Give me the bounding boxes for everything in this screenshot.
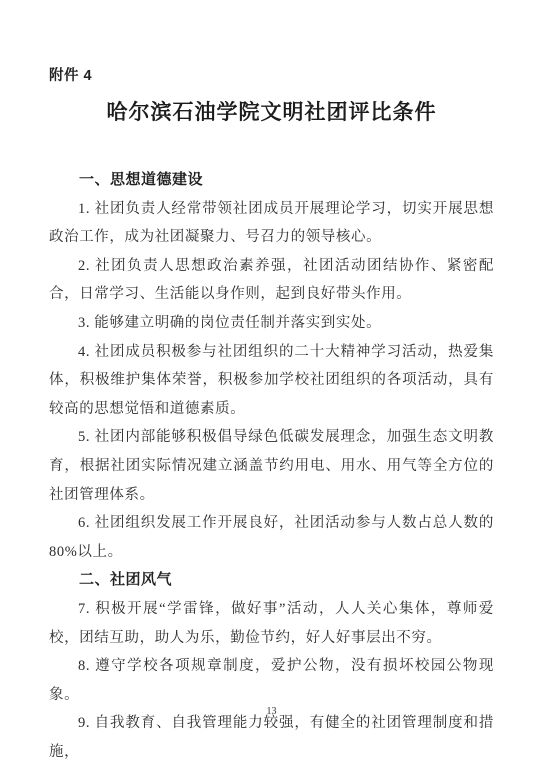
- paragraph-item-4: 4. 社团成员积极参与社团组织的二十大精神学习活动，热爱集体，积极维护集体荣誉，…: [49, 338, 494, 424]
- section-heading-ideology: 一、思想道德建设: [49, 166, 494, 195]
- paragraph-item-6: 6. 社团组织发展工作开展良好，社团活动参与人数占总人数的 80%以上。: [49, 509, 494, 566]
- document-title: 哈尔滨石油学院文明社团评比条件: [49, 99, 494, 126]
- attachment-label: 附件 4: [49, 66, 494, 86]
- paragraph-item-2: 2. 社团负责人思想政治素养强，社团活动团结协作、紧密配合，日常学习、生活能以身…: [49, 252, 494, 309]
- paragraph-item-3: 3. 能够建立明确的岗位责任制并落实到实处。: [49, 309, 494, 338]
- paragraph-item-1: 1. 社团负责人经常带领社团成员开展理论学习，切实开展思想政治工作，成为社团凝聚…: [49, 195, 494, 252]
- document-body: 一、思想道德建设 1. 社团负责人经常带领社团成员开展理论学习，切实开展思想政治…: [49, 166, 494, 766]
- section-heading-club-ethos: 二、社团风气: [49, 566, 494, 595]
- document-page: 附件 4 哈尔滨石油学院文明社团评比条件 一、思想道德建设 1. 社团负责人经常…: [0, 0, 543, 768]
- paragraph-item-5: 5. 社团内部能够积极倡导绿色低碳发展理念，加强生态文明教育，根据社团实际情况建…: [49, 423, 494, 509]
- page-number: 13: [0, 705, 543, 719]
- paragraph-item-7: 7. 积极开展“学雷锋，做好事”活动，人人关心集体，尊师爱校，团结互助，助人为乐…: [49, 595, 494, 652]
- paragraph-item-8: 8. 遵守学校各项规章制度，爱护公物，没有损坏校园公物现象。: [49, 652, 494, 709]
